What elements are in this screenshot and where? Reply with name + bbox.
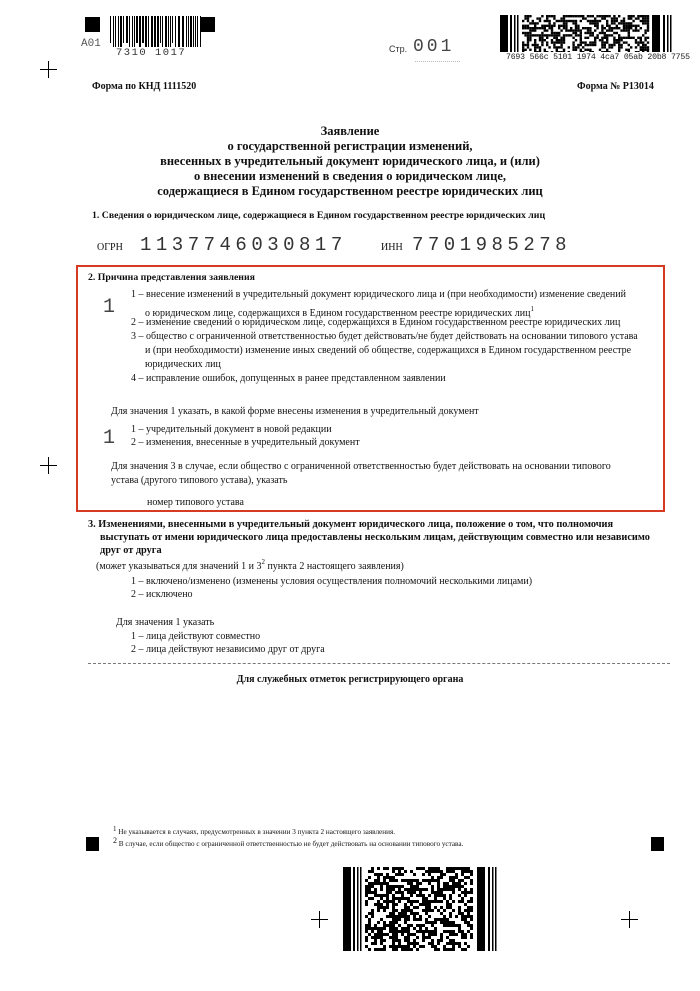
bottom-2d-barcode (343, 867, 497, 951)
footnote-text: В случае, если общество с ограниченной о… (119, 840, 464, 848)
powers-option-2: 2 – исключено (131, 588, 193, 603)
charter-prompt-cont: устава (другого типового устава), указат… (111, 474, 287, 489)
page-number-underline (415, 61, 460, 62)
form-value-field[interactable]: 1 (103, 427, 115, 450)
page-code: A01 (81, 38, 101, 50)
reason-value-field[interactable]: 1 (103, 296, 115, 319)
crosshair-mark (40, 457, 57, 474)
crosshair-mark (621, 911, 638, 928)
ogrn-label: ОГРН (97, 242, 123, 253)
section3-heading-cont: выступать от имени юридического лица пре… (100, 531, 650, 544)
registration-mark-square (200, 17, 215, 32)
form-number: Форма № Р13014 (577, 81, 654, 92)
ogrn-field[interactable]: 1137746030817 (140, 234, 347, 256)
top-barcode-text: 7693 566c 5101 1974 4ca7 05ab 20b8 7755 (506, 53, 690, 62)
reason-option-3: 3 – общество с ограниченной ответственно… (131, 330, 638, 345)
section3-note: (может указываться для значений 1 и 32 п… (96, 556, 404, 573)
form-option-2: 2 – изменения, внесенные в учредительный… (131, 437, 360, 449)
registration-mark-square (86, 837, 99, 851)
title-line: о государственной регистрации изменений, (0, 139, 700, 154)
registration-mark-square (651, 837, 664, 851)
footnote-text: Не указывается в случаях, предусмотренны… (118, 828, 395, 836)
powers-sub-option-2: 2 – лица действуют независимо друг от др… (131, 643, 325, 658)
form-prompt: Для значения 1 указать, в какой форме вн… (111, 405, 479, 420)
section3-heading: 3. Изменениями, внесенными в учредительн… (88, 518, 613, 531)
document-title: Заявление о государственной регистрации … (0, 124, 700, 199)
top-2d-barcode (500, 15, 672, 52)
reason-option-1: 1 – внесение изменений в учредительный д… (131, 288, 626, 303)
barcode-number: 7310 1017 (116, 47, 186, 59)
inn-field[interactable]: 7701985278 (412, 234, 571, 256)
form-option-1: 1 – учредительный документ в новой редак… (131, 424, 332, 436)
page-barcode (110, 16, 202, 47)
crosshair-mark (311, 911, 328, 928)
section2-heading: 2. Причина представления заявления (88, 271, 255, 286)
charter-number-field[interactable] (260, 496, 380, 510)
reason-option-2: 2 – изменение сведений о юридическом лиц… (131, 316, 620, 331)
inn-label: ИНН (381, 242, 403, 253)
footnote-2: 2 В случае, если общество с ограниченной… (113, 836, 463, 849)
title-line: о внесении изменений в сведения о юридич… (0, 169, 700, 184)
office-use-heading: Для служебных отметок регистрирующего ор… (0, 674, 700, 685)
section3-note-text: (может указываться для значений 1 и 3 (96, 561, 261, 572)
crosshair-mark (40, 61, 57, 78)
cut-line-divider (88, 663, 670, 664)
reason-option-4: 4 – исправление ошибок, допущенных в ран… (131, 372, 446, 387)
registration-mark-square (85, 17, 100, 32)
form-knd: Форма по КНД 1111520 (92, 81, 196, 92)
title-line: внесенных в учредительный документ юриди… (0, 154, 700, 169)
title-line: содержащиеся в Едином государственном ре… (0, 184, 700, 199)
reason-option-3-cont: и (при необходимости) изменение иных све… (145, 344, 631, 359)
footnote-mark: 2 (113, 836, 117, 845)
charter-prompt: Для значения 3 в случае, если общество с… (111, 460, 611, 475)
footnote-mark: 1 (113, 825, 117, 833)
section3-note-text: пункта 2 настоящего заявления) (265, 561, 404, 572)
charter-number-label: номер типового устава (147, 496, 244, 511)
page-label: Стр. (389, 44, 407, 54)
title-line: Заявление (0, 124, 700, 139)
section1-heading: 1. Сведения о юридическом лице, содержащ… (92, 210, 545, 221)
footnote-ref: 1 (531, 305, 535, 313)
powers-sub-prompt: Для значения 1 указать (116, 616, 214, 631)
page-number: 001 (413, 37, 454, 57)
reason-option-3-cont: юридических лиц (145, 358, 221, 373)
